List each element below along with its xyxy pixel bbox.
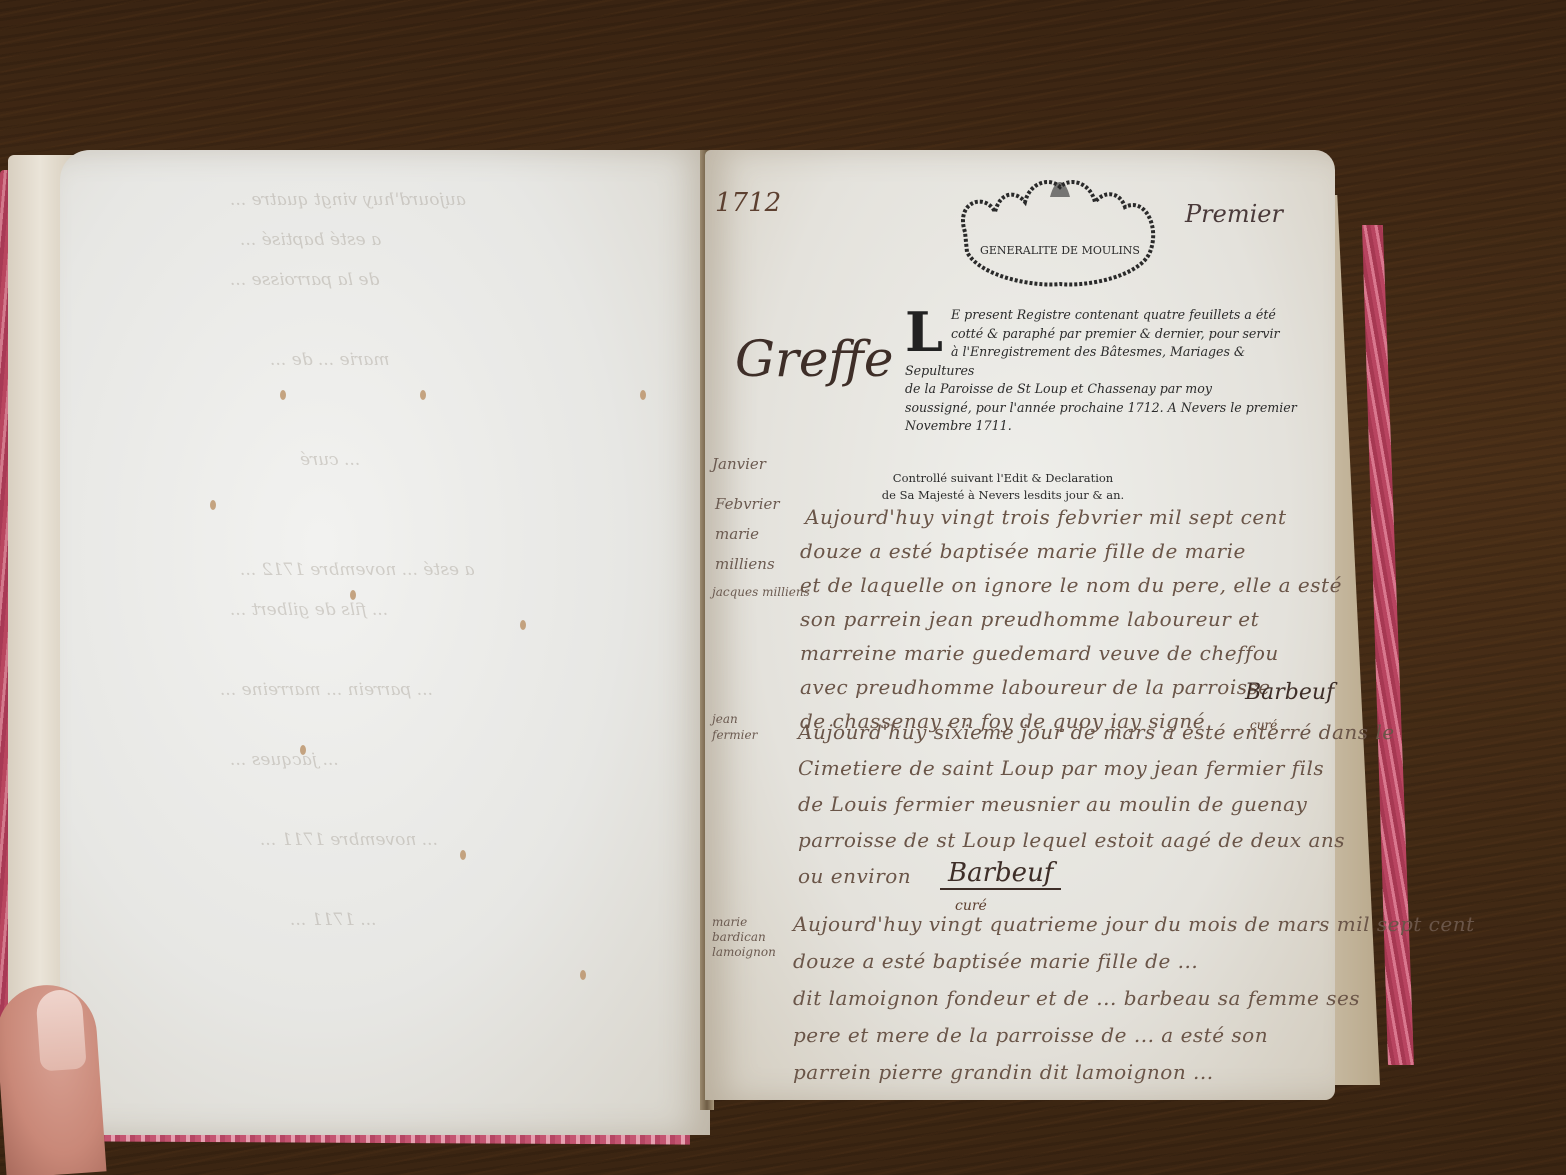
controlle-line: Controllé suivant l'Edit & Declaration (868, 470, 1138, 487)
year-header: 1712 (715, 188, 781, 218)
entry-line: dit lamoignon fondeur et de ... barbeau … (793, 986, 1475, 1010)
entry-line: et de laquelle on ignore le nom du pere,… (800, 573, 1342, 597)
printed-declaration: L E present Registre contenant quatre fe… (905, 306, 1297, 436)
margin-note: lamoignon (712, 945, 776, 959)
declaration-line: de la Paroisse de St Loup et Chassenay p… (905, 380, 1297, 399)
entry-line: douze a esté baptisée marie fille de ... (793, 949, 1475, 973)
margin-note: Febvrier (715, 495, 780, 513)
entry-line: pere et mere de la parroisse de ... a es… (793, 1023, 1475, 1047)
margin-note: jean (712, 712, 738, 726)
left-page: aujourd'huy vingt quatre ... a esté bapt… (60, 150, 710, 1135)
show-through-text: de la parroisse ... (230, 270, 379, 290)
drop-cap: L (905, 310, 943, 354)
show-through-text: ... curé (300, 450, 360, 470)
show-through-text: ... jacques ... (230, 750, 339, 770)
show-through-text: a esté ... novembre 1712 ... (240, 560, 475, 580)
register-entry-2: Aujourd'huy sixieme jour de mars a esté … (798, 720, 1395, 888)
entry-line: douze a esté baptisée marie fille de mar… (800, 539, 1342, 563)
entry-line: parroisse de st Loup lequel estoit aagé … (798, 828, 1395, 852)
margin-note: fermier (712, 728, 757, 742)
greffe-signature: Greffe (735, 330, 893, 388)
entry-line: Aujourd'huy sixieme jour de mars a esté … (798, 720, 1395, 744)
register-entry-3: Aujourd'huy vingt quatrieme jour du mois… (793, 912, 1475, 1084)
show-through-text: aujourd'huy vingt quatre ... (230, 190, 466, 210)
show-through-text: ... 1711 ... (290, 910, 377, 930)
declaration-line: à l'Enregistrement des Bâtesmes, Mariage… (905, 343, 1297, 380)
svg-text:GENERALITE DE MOULINS: GENERALITE DE MOULINS (980, 244, 1140, 257)
controlle-line: de Sa Majesté à Nevers lesdits jour & an… (868, 487, 1138, 504)
declaration-line: soussigné, pour l'année prochaine 1712. … (905, 399, 1297, 418)
entry-line: Aujourd'huy vingt quatrieme jour du mois… (793, 912, 1475, 936)
entry-line: parrein pierre grandin dit lamoignon ... (793, 1060, 1475, 1084)
margin-note: bardican (712, 930, 766, 944)
entry-line: Aujourd'huy vingt trois febvrier mil sep… (805, 505, 1342, 529)
fingernail (35, 988, 86, 1071)
show-through-text: ... parrein ... marreine ... (220, 680, 433, 700)
declaration-line: E present Registre contenant quatre feui… (905, 306, 1297, 325)
entry-line: son parrein jean preudhomme laboureur et (800, 607, 1342, 631)
folio-label: Premier (1185, 200, 1283, 228)
entry-line: marreine marie guedemard veuve de cheffo… (800, 641, 1342, 665)
controlle-stamp: Controllé suivant l'Edit & Declaration d… (868, 470, 1138, 504)
margin-note: marie (715, 525, 759, 543)
generalite-stamp-icon: GENERALITE DE MOULINS (955, 172, 1165, 292)
entry-line: de Louis fermier meusnier au moulin de g… (798, 792, 1395, 816)
margin-note: jacques milliens (712, 585, 810, 599)
declaration-line: Novembre 1711. (905, 417, 1297, 436)
declaration-line: cotté & paraphé par premier & dernier, p… (905, 325, 1297, 344)
entry-line: Cimetiere de saint Loup par moy jean fer… (798, 756, 1395, 780)
show-through-text: marie ... de ... (270, 350, 389, 370)
entry-2-signature: Barbeuf (940, 858, 1061, 890)
margin-note: marie (712, 915, 747, 929)
show-through-text: a esté baptisé ... (240, 230, 381, 250)
entry-line: ou environ (798, 864, 1395, 888)
show-through-text: ... novembre 1711 ... (260, 830, 438, 850)
margin-note: Janvier (712, 455, 766, 473)
entry-1-signature: Barbeuf (1245, 680, 1334, 705)
margin-note: milliens (715, 555, 775, 573)
show-through-text: ... fils de gilbert ... (230, 600, 388, 620)
